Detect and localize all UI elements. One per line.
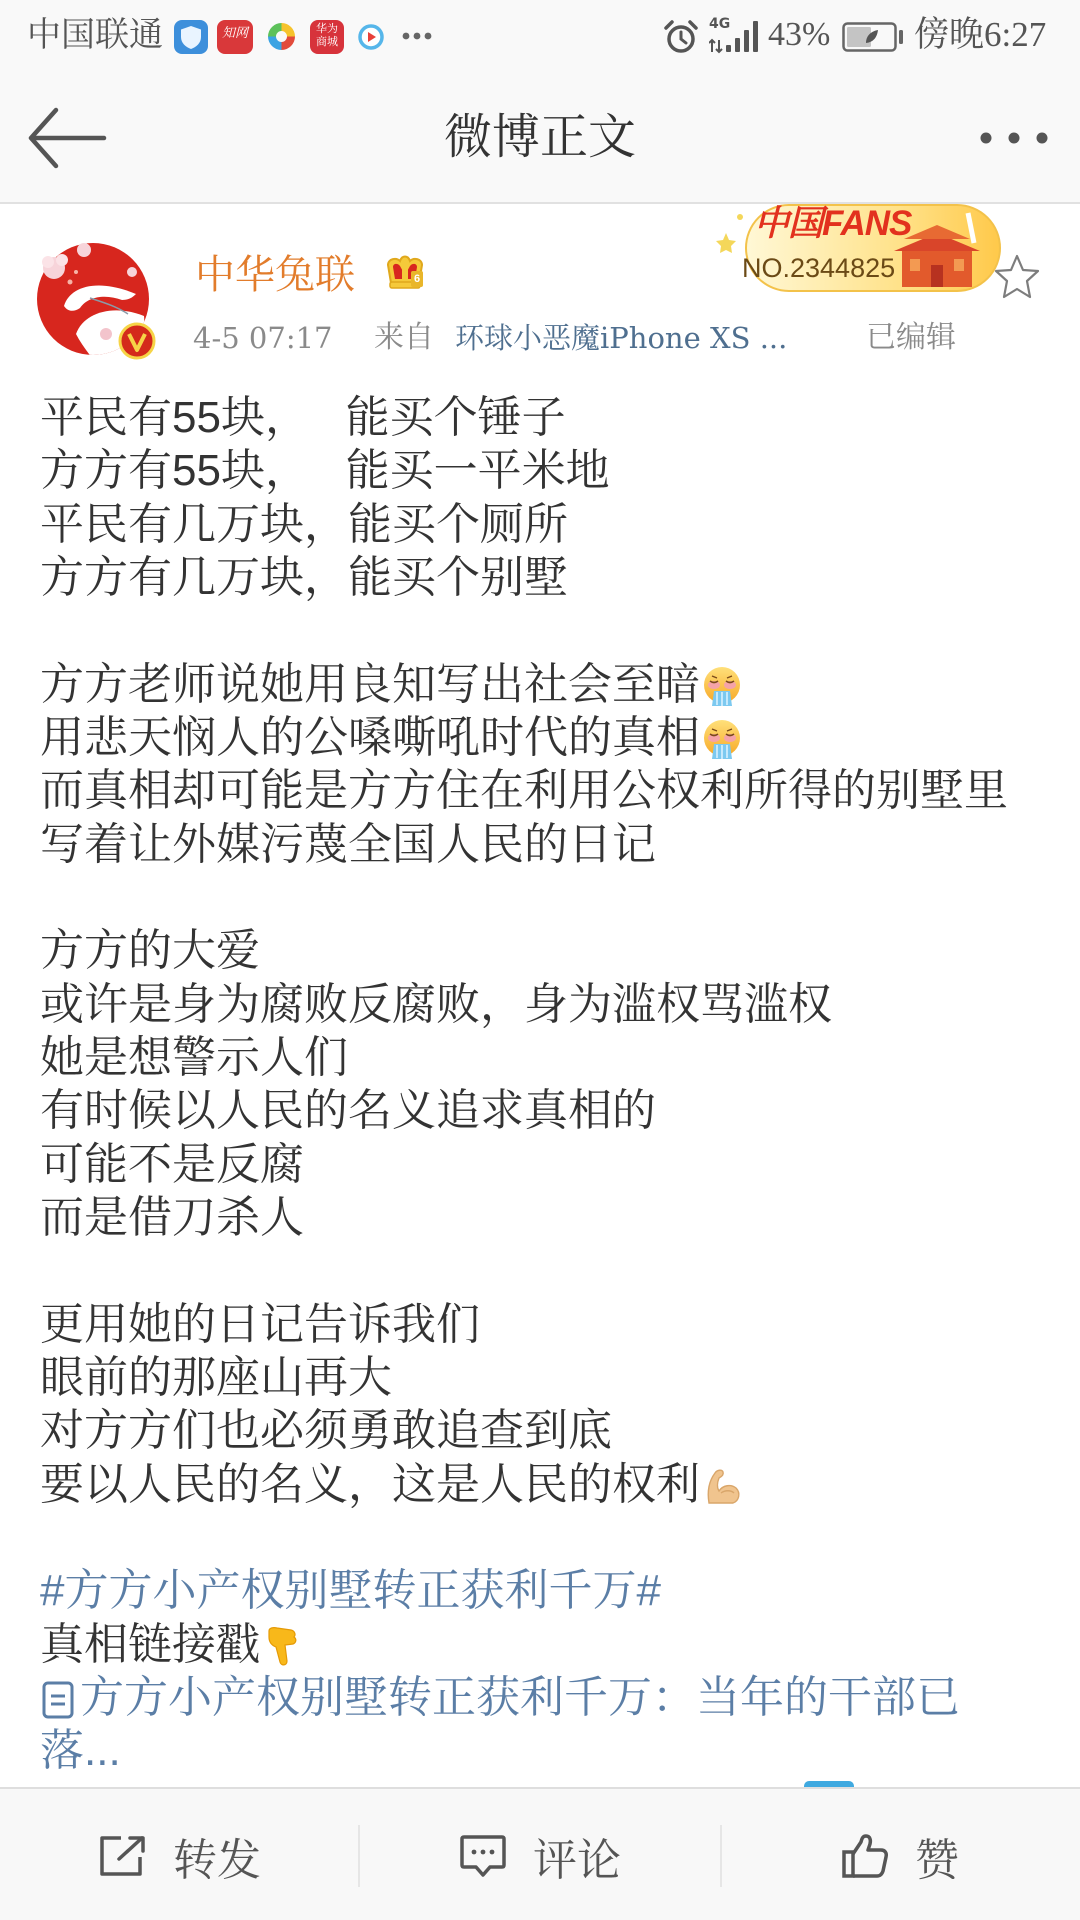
v-badge-icon (118, 322, 156, 360)
blank-line (40, 1511, 1050, 1564)
hashtag-link[interactable]: #方方小产权别墅转正获利千万# (40, 1564, 1050, 1617)
like-button[interactable]: 赞 (720, 1789, 1080, 1920)
body-line-with-emoji: 方方老师说她用良知写出社会至暗 (40, 658, 1050, 711)
body-line: 方方有55块， 能买一平米地 (40, 444, 1050, 497)
colorful-app-icon (265, 20, 298, 53)
huawei-mall-app-icon: 华为 商城 (310, 20, 344, 54)
body-line: 写着让外媒污蔑全国人民的日记 (40, 818, 1050, 871)
body-line: 可能不是反腐 (40, 1138, 1050, 1191)
status-bar: 中国联通 知网 华为 商城 4G (0, 0, 1080, 78)
body-line: 对方方们也必须勇敢追查到底 (40, 1404, 1050, 1457)
author-name[interactable]: 中华兔联 (195, 250, 355, 300)
cnki-app-icon: 知网 (217, 20, 253, 54)
vip-crown-icon[interactable]: 6 (384, 251, 426, 293)
body-line-text: 用悲天悯人的公嗓嘶吼时代的真相 (40, 713, 700, 762)
article-link-continued[interactable]: 落... (40, 1724, 1050, 1777)
crying-face-emoji (701, 665, 743, 707)
edited-label[interactable]: 已编辑 (866, 318, 956, 358)
battery-icon (842, 22, 904, 52)
fans-badge-title: 中国FANS (754, 203, 911, 245)
body-line: 平民有几万块，能买个厕所 (40, 498, 1050, 551)
blank-line (40, 1244, 1050, 1297)
nav-bar: 微博正文 (0, 78, 1080, 204)
carrier-name: 中国联通 (27, 15, 163, 55)
body-line: 有时候以人民的名义追求真相的 (40, 1084, 1050, 1137)
clock-time: 傍晚6:27 (914, 15, 1046, 55)
page-title: 微博正文 (0, 78, 1080, 198)
body-line: 平民有55块， 能买个锤子 (40, 391, 1050, 444)
blank-line (40, 604, 1050, 657)
alarm-icon (663, 19, 699, 55)
star-decoration (716, 233, 736, 253)
body-line: 她是想警示人们 (40, 1031, 1050, 1084)
like-label: 赞 (915, 1824, 959, 1888)
action-divider (358, 1825, 360, 1887)
signal-4g-icon: 4G (709, 18, 765, 54)
video-app-icon (358, 24, 384, 50)
article-link[interactable]: 方方小产权别墅转正获利千万：当年的干部已 (40, 1671, 1050, 1724)
body-line-with-emoji: 用悲天悯人的公嗓嘶吼时代的真相 (40, 711, 1050, 764)
body-line: 而真相却可能是方方住在利用公权利所得的别墅里 (40, 764, 1050, 817)
post-date: 4-5 07:17 (193, 318, 333, 358)
body-line: 或许是身为腐败反腐败，身为滥权骂滥权 (40, 978, 1050, 1031)
comment-label: 评论 (533, 1824, 621, 1888)
body-line-text: 真相链接戳 (40, 1620, 260, 1669)
article-link-text[interactable]: 方方小产权别墅转正获利千万：当年的干部已 (80, 1673, 960, 1722)
favorite-star-icon[interactable] (992, 252, 1042, 302)
repost-icon (99, 1835, 147, 1877)
body-line: 而是借刀杀人 (40, 1191, 1050, 1244)
body-line-with-emoji: 真相链接戳 (40, 1618, 1050, 1671)
document-icon (42, 1681, 74, 1719)
more-dots-icon[interactable] (972, 116, 1056, 160)
source-link[interactable]: 环球小恶魔iPhone XS ... (455, 318, 787, 358)
comment-icon (459, 1834, 507, 1878)
huawei-mall-label-2: 商城 (310, 36, 344, 49)
repost-button[interactable]: 转发 (0, 1789, 360, 1920)
fans-badge[interactable]: 中国FANS NO.2344825 (706, 203, 1002, 295)
action-divider (720, 1825, 722, 1887)
flexed-biceps-emoji (701, 1465, 743, 1507)
repost-label: 转发 (173, 1824, 261, 1888)
battery-percent: 43% (768, 15, 830, 55)
comment-button[interactable]: 评论 (360, 1789, 720, 1920)
vip-level: 6 (411, 271, 423, 287)
thumbs-up-icon (841, 1833, 889, 1879)
body-line: 方方有几万块，能买个别墅 (40, 551, 1050, 604)
fans-badge-number: NO.2344825 (742, 253, 895, 283)
body-line: 方方的大爱 (40, 924, 1050, 977)
blank-line (40, 871, 1050, 924)
body-line-with-emoji: 要以人民的名义，这是人民的权利 (40, 1458, 1050, 1511)
post-body: 平民有55块， 能买个锤子 方方有55块， 能买一平米地 平民有几万块，能买个厕… (40, 391, 1050, 1778)
huawei-mall-label-1: 华为 (310, 23, 344, 36)
body-line-text: 要以人民的名义，这是人民的权利 (40, 1460, 700, 1509)
crying-face-emoji (701, 718, 743, 760)
body-line: 眼前的那座山再大 (40, 1351, 1050, 1404)
more-notifications-icon (402, 30, 432, 42)
source-prefix: 来自 (374, 318, 434, 358)
body-line: 更用她的日记告诉我们 (40, 1298, 1050, 1351)
body-line-text: 方方老师说她用良知写出社会至暗 (40, 660, 700, 709)
shield-app-icon (174, 20, 208, 54)
action-bar: 转发 评论 赞 (0, 1787, 1080, 1920)
pointing-down-emoji (261, 1625, 303, 1667)
cnki-label: 知网 (217, 24, 253, 42)
signal-bars-icon (709, 18, 765, 54)
